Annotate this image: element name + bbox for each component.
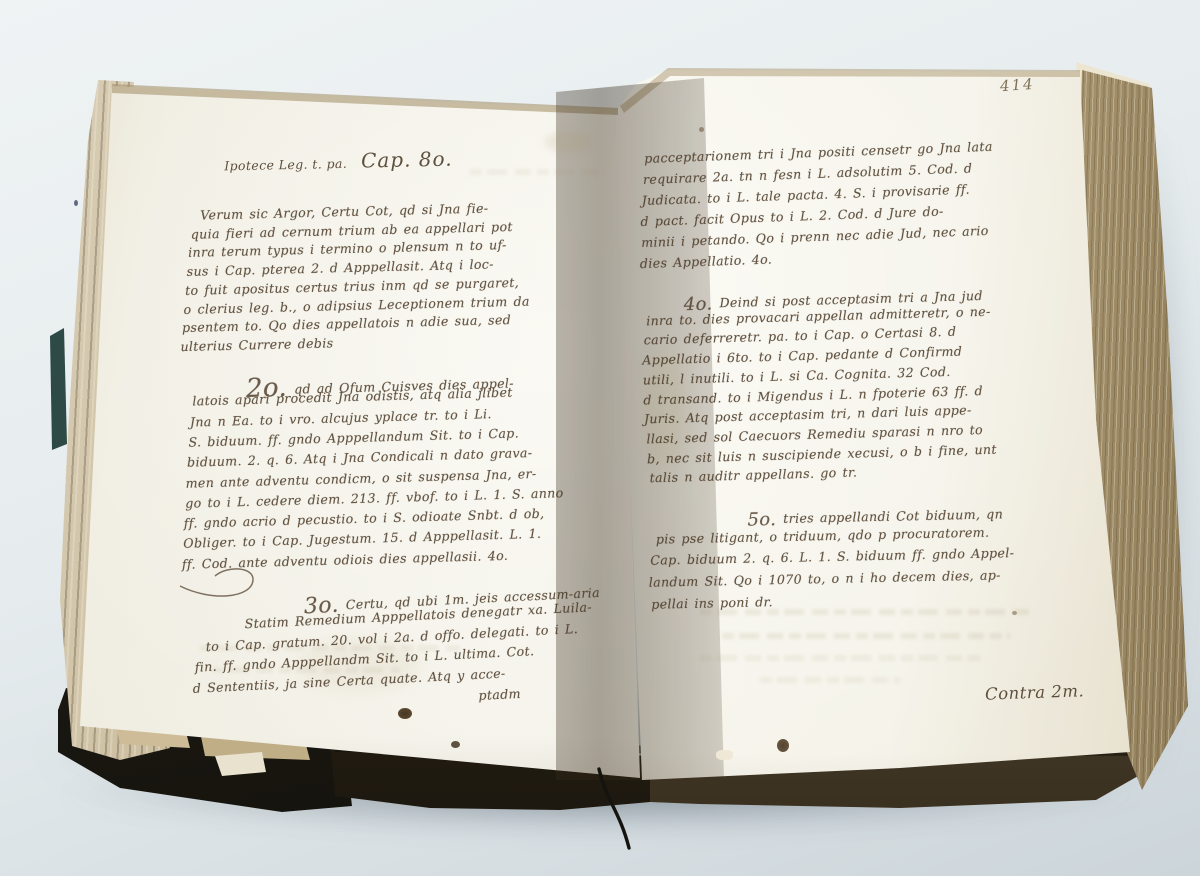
paragraph: Verum sic Argor, Certu Cot, qd si Jna fi… [145, 197, 625, 209]
paragraph: 3o.Certu, qd ubi 1m. jeis accessum-ariaS… [153, 576, 632, 599]
line-text: tries appellandi Cot biduum, qn [783, 506, 1003, 526]
ink-spot [451, 741, 460, 748]
paragraph: pacceptarionem tri i Jna positi censetr … [636, 135, 1096, 151]
bookmark-thread [599, 769, 629, 848]
manuscript-line: Jna n Ea. to i vro. alcujus yplace tr. t… [190, 406, 492, 429]
paragraph: 4o.Deind si post acceptasim tri a Jna ju… [640, 281, 1100, 294]
paragraph-numeral: 5o. [747, 509, 776, 531]
catchword: Contra 2m. [985, 681, 1085, 703]
page-number: 414 [999, 75, 1035, 95]
manuscript-line: pis pse litigant, o triduum, qdo p procu… [656, 524, 990, 546]
right-page-text: pacceptarionem tri i Jna positi censetr … [635, 118, 1114, 752]
manuscript-line: latois apari procedit Jna odistis, atq a… [192, 385, 513, 409]
manuscript-line: pellai ins poni dr. [651, 594, 773, 612]
manuscript-line: ff. Cod. ante adventu odiois dies appell… [182, 547, 509, 571]
paragraph: 5o.tries appellandi Cot biduum, qnpis ps… [647, 500, 1107, 510]
manuscript-line: landum Sit. Qo i 1070 to, o n i ho decem… [649, 567, 1001, 589]
manuscript-line: ulterius Currere debis [180, 335, 333, 354]
left-page-text: Ipotece Leg. t. pa.Cap. 8o. Verum sic Ar… [144, 135, 636, 745]
manuscript-line: ptadm [478, 686, 521, 703]
heading-rubric: Ipotece Leg. t. pa. [224, 156, 347, 174]
manuscript-line: S. biduum. ff. gndo Apppellandum Sit. to… [188, 425, 519, 449]
chapter-heading: Ipotece Leg. t. pa.Cap. 8o. [224, 147, 453, 176]
manuscript-line: dies Appellatio. 4o. [640, 251, 773, 271]
fiber-speck [74, 200, 78, 206]
paragraph: 2o.qd ad Ofum Cuisves dies appel-latois … [149, 361, 629, 374]
manuscript-line: Cap. biduum 2. q. 6. L. 1. S. biduum ff.… [650, 545, 1014, 568]
manuscript-photo: Ipotece Leg. t. pa.Cap. 8o. Verum sic Ar… [0, 0, 1200, 876]
heading-chapter: Cap. 8o. [361, 147, 453, 173]
manuscript-line: talis n auditr appellans. go tr. [649, 465, 857, 486]
paper-chip [716, 750, 733, 760]
